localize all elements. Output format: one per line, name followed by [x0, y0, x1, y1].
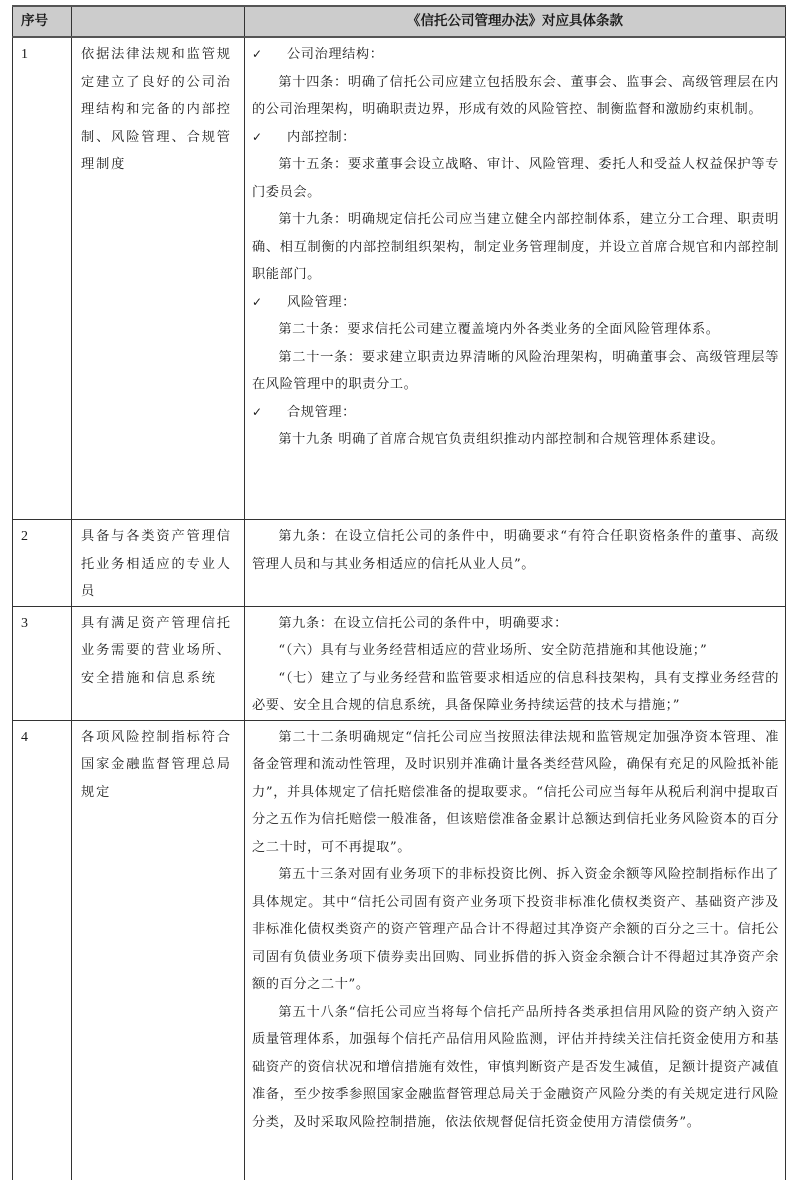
checkmark-icon: ✓ [252, 289, 287, 317]
row-clauses: 第二十二条明确规定“信托公司应当按照法律法规和监管规定加强净资本管理、准备金管理… [245, 720, 786, 1180]
clause-paragraph: 第九条：在设立信托公司的条件中，明确要求： [252, 610, 779, 638]
table-row: 3 具有满足资产管理信托业务需要的营业场所、安全措施和信息系统 第九条：在设立信… [13, 606, 786, 720]
section-title: 内部控制： [287, 124, 356, 152]
checkmark-icon: ✓ [252, 41, 287, 69]
section-heading: ✓ 内部控制： [252, 124, 779, 152]
clause-paragraph: 第五十三条对固有业务项下的非标投资比例、拆入资金余额等风险控制指标作出了具体规定… [252, 861, 779, 999]
row-clauses: ✓ 公司治理结构： 第十四条：明确了信托公司应建立包括股东会、董事会、监事会、高… [245, 37, 786, 520]
row-requirement: 依据法律法规和监管规定建立了良好的公司治理结构和完备的内部控制、风险管理、合规管… [72, 37, 245, 520]
section-heading: ✓ 公司治理结构： [252, 41, 779, 69]
clause-paragraph: “（六）具有与业务经营相适应的营业场所、安全防范措施和其他设施；” [252, 637, 779, 665]
row-requirement: 具有满足资产管理信托业务需要的营业场所、安全措施和信息系统 [72, 606, 245, 720]
row-requirement: 各项风险控制指标符合国家金融监督管理总局规定 [72, 720, 245, 1180]
clause-paragraph: “（七）建立了与业务经营和监管要求相适应的信息科技架构，具有支撑业务经营的必要、… [252, 665, 779, 720]
table-row: 4 各项风险控制指标符合国家金融监督管理总局规定 第二十二条明确规定“信托公司应… [13, 720, 786, 1180]
row-index: 3 [13, 606, 72, 720]
header-requirement [72, 6, 245, 37]
section-title: 风险管理： [287, 289, 356, 317]
clause-paragraph: 第十四条：明确了信托公司应建立包括股东会、董事会、监事会、高级管理层在内的公司治… [252, 69, 779, 124]
clause-paragraph: 第十九条 明确了首席合规官负责组织推动内部控制和合规管理体系建设。 [252, 426, 779, 454]
clause-paragraph: 第二十条：要求信托公司建立覆盖境内外各类业务的全面风险管理体系。 [252, 316, 779, 344]
checkmark-icon: ✓ [252, 124, 287, 152]
row-index: 2 [13, 520, 72, 607]
row-clauses: 第九条：在设立信托公司的条件中，明确要求“有符合任职资格条件的董事、高级管理人员… [245, 520, 786, 607]
regulation-mapping-table: 序号 《信托公司管理办法》对应具体条款 1 依据法律法规和监管规定建立了良好的公… [12, 5, 786, 1180]
clause-paragraph: 第二十二条明确规定“信托公司应当按照法律法规和监管规定加强净资本管理、准备金管理… [252, 724, 779, 862]
section-heading: ✓ 风险管理： [252, 289, 779, 317]
section-heading: ✓ 合规管理： [252, 399, 779, 427]
section-title: 合规管理： [287, 399, 356, 427]
clause-paragraph: 第十五条：要求董事会设立战略、审计、风险管理、委托人和受益人权益保护等专门委员会… [252, 151, 779, 206]
table-row: 2 具备与各类资产管理信托业务相适应的专业人员 第九条：在设立信托公司的条件中，… [13, 520, 786, 607]
header-index: 序号 [13, 6, 72, 37]
clause-paragraph: 第二十一条：要求建立职责边界清晰的风险治理架构，明确董事会、高级管理层等在风险管… [252, 344, 779, 399]
row-index: 1 [13, 37, 72, 520]
section-title: 公司治理结构： [287, 41, 384, 69]
table-header-row: 序号 《信托公司管理办法》对应具体条款 [13, 6, 786, 37]
table-row: 1 依据法律法规和监管规定建立了良好的公司治理结构和完备的内部控制、风险管理、合… [13, 37, 786, 520]
row-clauses: 第九条：在设立信托公司的条件中，明确要求： “（六）具有与业务经营相适应的营业场… [245, 606, 786, 720]
row-requirement: 具备与各类资产管理信托业务相适应的专业人员 [72, 520, 245, 607]
clause-paragraph: 第五十八条“信托公司应当将每个信托产品所持各类承担信用风险的资产纳入资产质量管理… [252, 999, 779, 1137]
clause-paragraph: 第十九条：明确规定信托公司应当建立健全内部控制体系，建立分工合理、职责明确、相互… [252, 206, 779, 289]
row-index: 4 [13, 720, 72, 1180]
checkmark-icon: ✓ [252, 399, 287, 427]
clause-paragraph: 第九条：在设立信托公司的条件中，明确要求“有符合任职资格条件的董事、高级管理人员… [252, 523, 779, 578]
header-clauses: 《信托公司管理办法》对应具体条款 [245, 6, 786, 37]
